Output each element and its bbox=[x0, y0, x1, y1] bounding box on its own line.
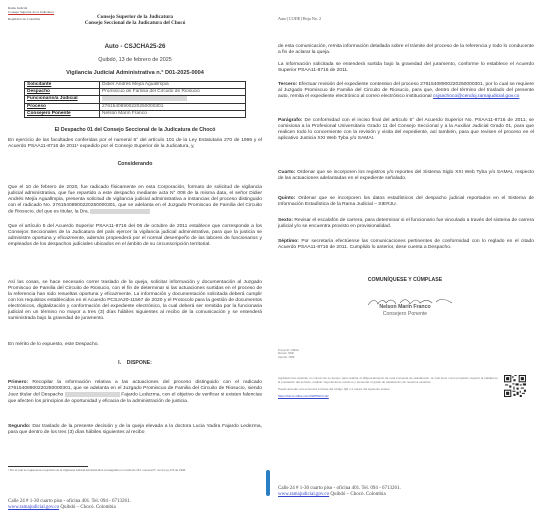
dispone-heading: I. DISPONE: bbox=[0, 360, 270, 366]
info-label: Solicitante bbox=[25, 82, 100, 89]
info-label: Despacho bbox=[25, 89, 100, 96]
septimo-paragraph: Séptimo: Por secretaría efectúense las c… bbox=[278, 239, 534, 251]
institutional-email-link[interactable]: csjsachoco@cendoj.ramajudicial.gov.co bbox=[433, 94, 519, 99]
segundo-paragraph: Segundo: Dar traslado de la presente dec… bbox=[8, 424, 262, 436]
footer-address: Calle 24 # 1-30 cuarto piso - oficina 40… bbox=[8, 499, 131, 511]
redacted-name bbox=[90, 209, 150, 214]
considerando-paragraph-1: Que el 10 de febrero de 2020, fue radica… bbox=[8, 185, 262, 216]
cuarto-paragraph: Cuarto: Ordenar que se incorporen los re… bbox=[278, 170, 534, 182]
juramento-paragraph: La información solicitada se entenderá s… bbox=[278, 62, 534, 74]
footer-website-link[interactable]: www.ramajudicial.gov.co bbox=[8, 505, 59, 510]
document-page-2: Auto [CODE] Hoja No. 2 de esta comunicac… bbox=[270, 0, 540, 530]
paragrafo-paragraph: Parágrafo: De conformidad con el inciso … bbox=[278, 118, 534, 142]
info-table-row: Funcionario/a Judicial bbox=[25, 96, 246, 104]
intro-paragraph: En ejercicio de las facultades conferida… bbox=[8, 138, 262, 150]
footer-website-link-page-2[interactable]: www.ramajudicial.gov.co bbox=[278, 492, 329, 497]
survey-block: Agradecemos destinar un minuto de su tie… bbox=[278, 376, 498, 398]
brand-line-2: Consejo Superior de la Judicatura bbox=[8, 10, 54, 15]
considerando-paragraph-2: Que el artículo 5 del Acuerdo Superior P… bbox=[8, 224, 262, 248]
date-line: Quibdó, 13 de febrero de 2025 bbox=[0, 57, 270, 63]
document-page-1: Rama Judicial Consejo Superior de la Jud… bbox=[0, 0, 270, 530]
info-table-row: Consejero PonenteNelson Marín Franco bbox=[25, 110, 246, 117]
considerando-paragraph-3: Así las cosas, se hace necesario correr … bbox=[8, 280, 262, 322]
footnote-divider bbox=[8, 466, 88, 467]
info-value bbox=[100, 96, 246, 104]
redacted-judge-name bbox=[65, 392, 120, 397]
signer-name: Nelson Marín Franco bbox=[270, 304, 540, 310]
merito-line: En mérito de lo expuesto, este Despacho. bbox=[8, 342, 262, 348]
info-table-row: DespachoPromiscuo de Familia del Circuit… bbox=[25, 89, 246, 96]
info-table-row: SolicitanteDidier Andrés Mejía Aguallmpi… bbox=[25, 82, 246, 89]
survey-link[interactable]: https://forms.office.com/r/tRPRtcVm2c bbox=[278, 394, 329, 398]
tercero-paragraph: Tercero: Efectuar revisión del expedient… bbox=[278, 82, 534, 100]
info-label: Consejero Ponente bbox=[25, 110, 100, 117]
auto-title: Auto - CSJCHA25-26 bbox=[0, 43, 270, 50]
footer-address-page-2: Calle 24 # 1-30 cuarto piso - oficina 40… bbox=[278, 486, 401, 498]
council-header: Consejo Superior de la Judicatura Consej… bbox=[60, 14, 210, 27]
approval-initials: Proyectó: GMGC Revisó: NMF Aprobó: NMF bbox=[278, 349, 299, 359]
rama-judicial-brand: Rama Judicial Consejo Superior de la Jud… bbox=[8, 6, 54, 21]
sexto-paragraph: Sexto: Revisar el escalafón de carrera, … bbox=[278, 218, 534, 230]
brand-line-3: República de Colombia bbox=[8, 17, 54, 21]
redacted-field bbox=[102, 96, 187, 101]
info-label: Funcionario/a Judicial bbox=[25, 96, 100, 104]
considerando-heading: Considerando bbox=[0, 161, 270, 167]
quinto-paragraph: Quinto: Ordenar que se incorporen los da… bbox=[278, 196, 534, 208]
footnote: ¹ Por el cual se reglamenta el ejercicio… bbox=[8, 469, 262, 472]
info-value: Nelson Marín Franco bbox=[100, 110, 246, 117]
info-value: Promiscuo de Familia del Circuito de Rio… bbox=[100, 89, 246, 96]
council-header-line-2: Consejo Seccional de la Judicatura del C… bbox=[60, 20, 210, 26]
info-table-row: Proceso27615408900220250000301 bbox=[25, 103, 246, 110]
info-value: 27615408900220250000301 bbox=[100, 103, 246, 110]
signer-role: Consejero Ponente bbox=[270, 311, 540, 317]
info-label: Proceso bbox=[25, 103, 100, 110]
continuation-paragraph: de esta comunicación, remita información… bbox=[278, 44, 534, 56]
page-2-header: Auto [CODE] Hoja No. 2 bbox=[278, 16, 321, 21]
vigilancia-title: Vigilancia Judicial Administrativa n.° D… bbox=[0, 70, 270, 76]
qr-code-icon[interactable] bbox=[504, 375, 526, 397]
info-value: Didier Andrés Mejía Aguallmpia bbox=[100, 82, 246, 89]
despacho-heading: El Despacho 01 del Consejo Seccional de … bbox=[0, 127, 270, 133]
primero-paragraph: Primero: Recopilar la información relati… bbox=[8, 380, 262, 405]
closing-heading: COMUNÍQUESE Y CÚMPLASE bbox=[270, 277, 540, 283]
case-info-table: SolicitanteDidier Andrés Mejía Aguallmpi… bbox=[24, 81, 246, 118]
